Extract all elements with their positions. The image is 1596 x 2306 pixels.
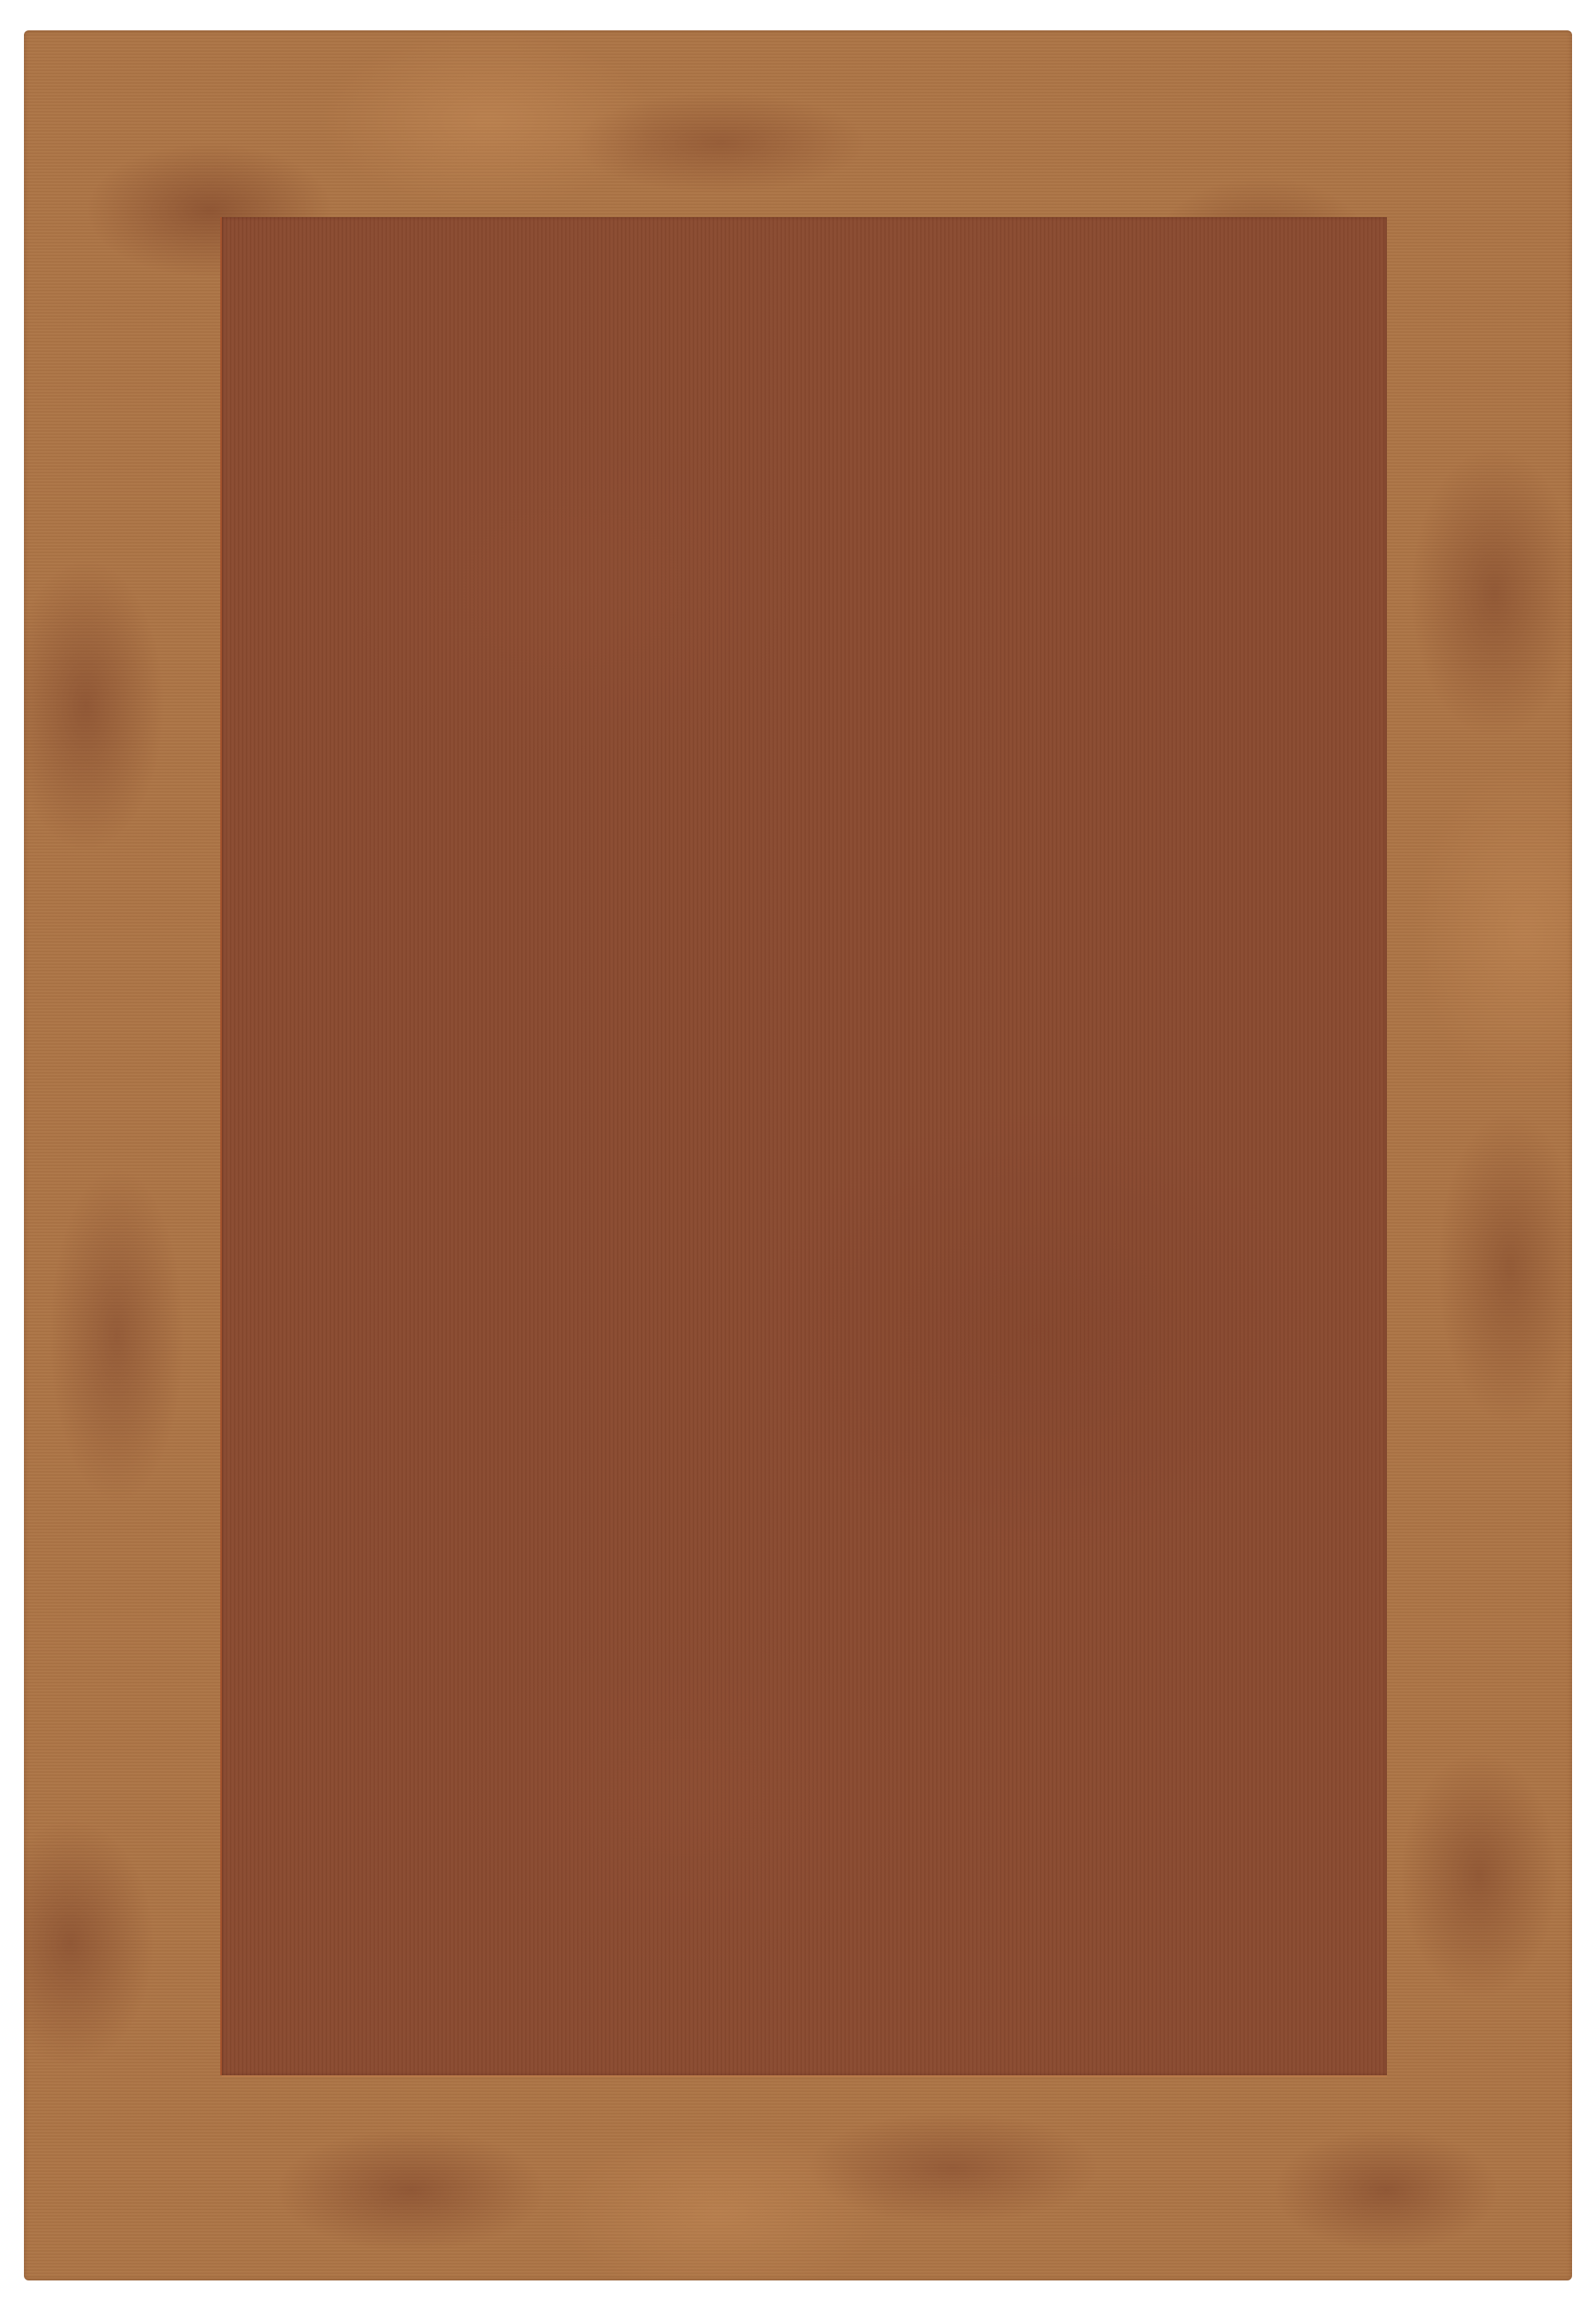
rug-center-panel xyxy=(222,217,1387,2075)
rug xyxy=(24,30,1572,2280)
